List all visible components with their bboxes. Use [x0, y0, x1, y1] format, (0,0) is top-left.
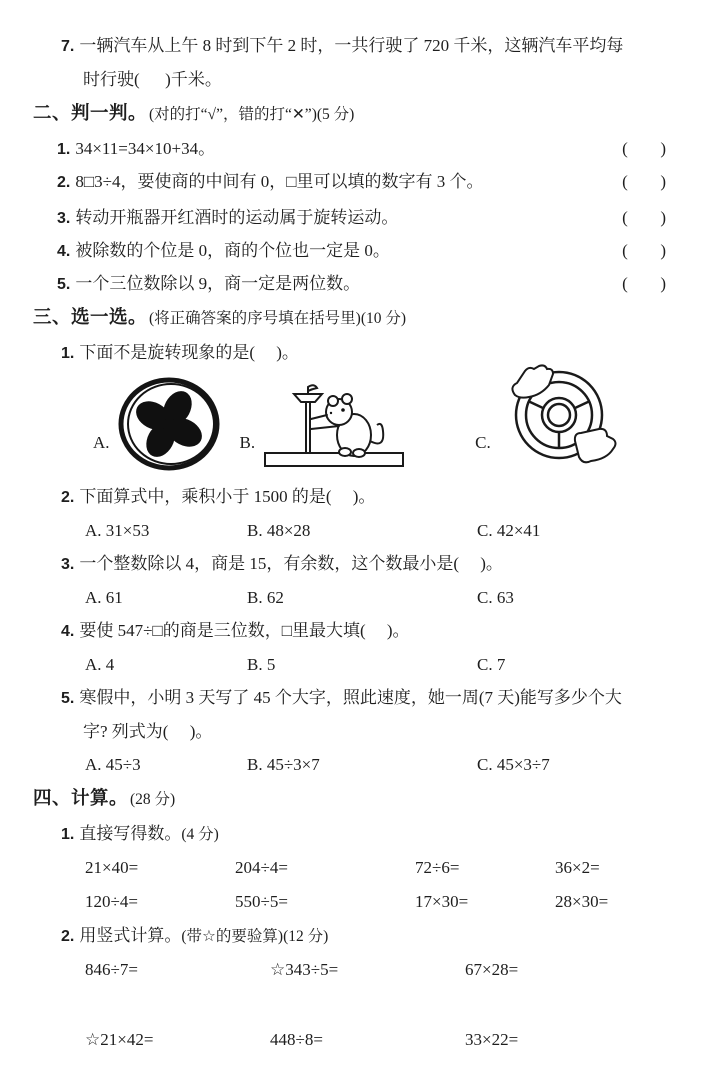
direct-calc-expression: 21×40= — [85, 856, 235, 880]
choice-q2-option-c: C. 42×41 — [477, 519, 669, 542]
choice-q3-option-c: C. 63 — [477, 586, 669, 609]
choice-q5-stem-line2: 字? 列式为( )。 — [33, 720, 669, 743]
section-4-header: 四、计算。(28 分) — [33, 786, 669, 812]
choice-q1-option-a: A. — [93, 377, 224, 471]
section-3-header: 三、选一选。(将正确答案的序号填在括号里)(10 分) — [33, 305, 669, 331]
judge-item-1-number: 1. — [57, 141, 70, 158]
choice-q5-stem-line1: 5.寒假中，小明 3 天写了 45 个大字，照此速度，她一周(7 天)能写多少个… — [33, 686, 669, 710]
choice-q5-number: 5. — [61, 690, 74, 707]
judge-item-5-answer-bracket: ( ) — [622, 272, 667, 295]
worksheet-page: 7.一辆汽车从上午 8 时到下午 2 时，一共行驶了 720 千米，这辆汽车平均… — [0, 0, 711, 1074]
judge-item-4-text: 4.被除数的个位是 0，商的个位也一定是 0。 — [57, 239, 390, 263]
choice-q1-images: A. B. — [33, 375, 669, 471]
judge-item-3: 3.转动开瓶器开红酒时的运动属于旋转运动。 ( ) — [33, 206, 669, 230]
mouse-pressing-lever-icon — [259, 379, 409, 471]
choice-q3-option-b: B. 62 — [247, 586, 477, 609]
judge-item-4-number: 4. — [57, 243, 70, 260]
option-a-label: A. — [93, 433, 110, 453]
vertical-calc-expression: 67×28= — [465, 958, 669, 982]
calc-sub2-number: 2. — [61, 928, 74, 945]
judge-item-5: 5.一个三位数除以 9，商一定是两位数。 ( ) — [33, 272, 669, 296]
question-7-number: 7. — [61, 38, 74, 55]
calc-sub1-header: 1.直接写得数。(4 分) — [33, 822, 669, 846]
vertical-calc-expression: ☆21×42= — [85, 1028, 270, 1052]
judge-item-2-text: 2.8□3÷4，要使商的中间有 0，□里可以填的数字有 3 个。 — [57, 170, 483, 194]
judge-item-5-text: 5.一个三位数除以 9，商一定是两位数。 — [57, 272, 360, 296]
judge-item-1-answer-bracket: ( ) — [622, 137, 667, 160]
choice-q4-option-a: A. 4 — [85, 653, 247, 676]
section-3-title: 三、选一选。 — [33, 306, 147, 327]
choice-q2-stem: 2.下面算式中，乘积小于 1500 的是( )。 — [33, 485, 669, 509]
choice-q4-stem: 4.要使 547÷□的商是三位数，□里最大填( )。 — [33, 619, 669, 643]
question-7-text: 一辆汽车从上午 8 时到下午 2 时，一共行驶了 720 千米，这辆汽车平均每 — [79, 36, 623, 55]
choice-q4-option-c: C. 7 — [477, 653, 669, 676]
direct-calc-expression: 28×30= — [555, 890, 669, 914]
choice-q1-option-b: B. — [240, 379, 410, 471]
calc-sub2-header: 2.用竖式计算。(带☆的要验算)(12 分) — [33, 924, 669, 948]
direct-calc-row-2: 120÷4= 550÷5= 17×30= 28×30= — [33, 890, 669, 914]
calc-sub2-note: (带☆的要验算)(12 分) — [181, 928, 328, 945]
choice-q2-options: A. 31×53 B. 48×28 C. 42×41 — [33, 519, 669, 542]
question-7-text-cont: 时行驶( )千米。 — [83, 70, 222, 89]
choice-q5-option-a: A. 45÷3 — [85, 753, 247, 776]
direct-calc-expression: 17×30= — [415, 890, 555, 914]
choice-q2-number: 2. — [61, 489, 74, 506]
judge-item-2-answer-bracket: ( ) — [622, 170, 667, 193]
option-c-label: C. — [475, 433, 491, 453]
choice-q1-number: 1. — [61, 345, 74, 362]
fan-icon — [114, 377, 224, 471]
choice-q2-option-a: A. 31×53 — [85, 519, 247, 542]
section-3-note: (将正确答案的序号填在括号里)(10 分) — [149, 310, 406, 327]
direct-calc-expression: 550÷5= — [235, 890, 415, 914]
question-7-line1: 7.一辆汽车从上午 8 时到下午 2 时，一共行驶了 720 千米，这辆汽车平均… — [33, 34, 669, 58]
question-7-line2: 时行驶( )千米。 — [33, 68, 669, 91]
judge-item-4: 4.被除数的个位是 0，商的个位也一定是 0。 ( ) — [33, 239, 669, 263]
choice-q5-options: A. 45÷3 B. 45÷3×7 C. 45×3÷7 — [33, 753, 669, 776]
vertical-calc-expression: 33×22= — [465, 1028, 669, 1052]
vertical-calc-expression: ☆343÷5= — [270, 958, 465, 982]
option-b-label: B. — [240, 433, 256, 453]
vertical-calc-expression: 448÷8= — [270, 1028, 465, 1052]
direct-calc-row-1: 21×40= 204÷4= 72÷6= 36×2= — [33, 856, 669, 880]
section-4-note: (28 分) — [130, 791, 175, 808]
choice-q3-options: A. 61 B. 62 C. 63 — [33, 586, 669, 609]
choice-q1-option-c: C. — [475, 363, 623, 471]
section-2-note: (对的打“√”，错的打“✕”)(5 分) — [149, 106, 354, 123]
section-4-title: 四、计算。 — [33, 787, 128, 808]
judge-item-2: 2.8□3÷4，要使商的中间有 0，□里可以填的数字有 3 个。 ( ) — [33, 170, 669, 194]
judge-item-1: 1.34×11=34×10+34。 ( ) — [33, 137, 669, 161]
vertical-calc-row-2: ☆21×42= 448÷8= 33×22= — [33, 1028, 669, 1052]
direct-calc-expression: 36×2= — [555, 856, 669, 880]
choice-q1-stem: 1.下面不是旋转现象的是( )。 — [33, 341, 669, 365]
steering-wheel-icon — [495, 363, 623, 471]
direct-calc-expression: 204÷4= — [235, 856, 415, 880]
judge-item-3-number: 3. — [57, 210, 70, 227]
choice-q5-option-c: C. 45×3÷7 — [477, 753, 669, 776]
judge-item-5-number: 5. — [57, 276, 70, 293]
calc-sub1-number: 1. — [61, 826, 74, 843]
section-2-header: 二、判一判。(对的打“√”，错的打“✕”)(5 分) — [33, 101, 669, 127]
judge-item-3-answer-bracket: ( ) — [622, 206, 667, 229]
choice-q2-option-b: B. 48×28 — [247, 519, 477, 542]
section-2-title: 二、判一判。 — [33, 102, 147, 123]
choice-q4-options: A. 4 B. 5 C. 7 — [33, 653, 669, 676]
vertical-calc-row-1: 846÷7= ☆343÷5= 67×28= — [33, 958, 669, 982]
choice-q4-option-b: B. 5 — [247, 653, 477, 676]
choice-q3-number: 3. — [61, 556, 74, 573]
choice-q5-option-b: B. 45÷3×7 — [247, 753, 477, 776]
direct-calc-expression: 72÷6= — [415, 856, 555, 880]
judge-item-2-number: 2. — [57, 174, 70, 191]
choice-q3-stem: 3.一个整数除以 4，商是 15，有余数，这个数最小是( )。 — [33, 552, 669, 576]
vertical-calc-expression: 846÷7= — [85, 958, 270, 982]
choice-q3-option-a: A. 61 — [85, 586, 247, 609]
judge-item-3-text: 3.转动开瓶器开红酒时的运动属于旋转运动。 — [57, 206, 398, 230]
choice-q4-number: 4. — [61, 623, 74, 640]
direct-calc-expression: 120÷4= — [85, 890, 235, 914]
calc-sub1-note: (4 分) — [181, 826, 218, 843]
judge-item-4-answer-bracket: ( ) — [622, 239, 667, 262]
judge-item-1-text: 1.34×11=34×10+34。 — [57, 137, 215, 161]
